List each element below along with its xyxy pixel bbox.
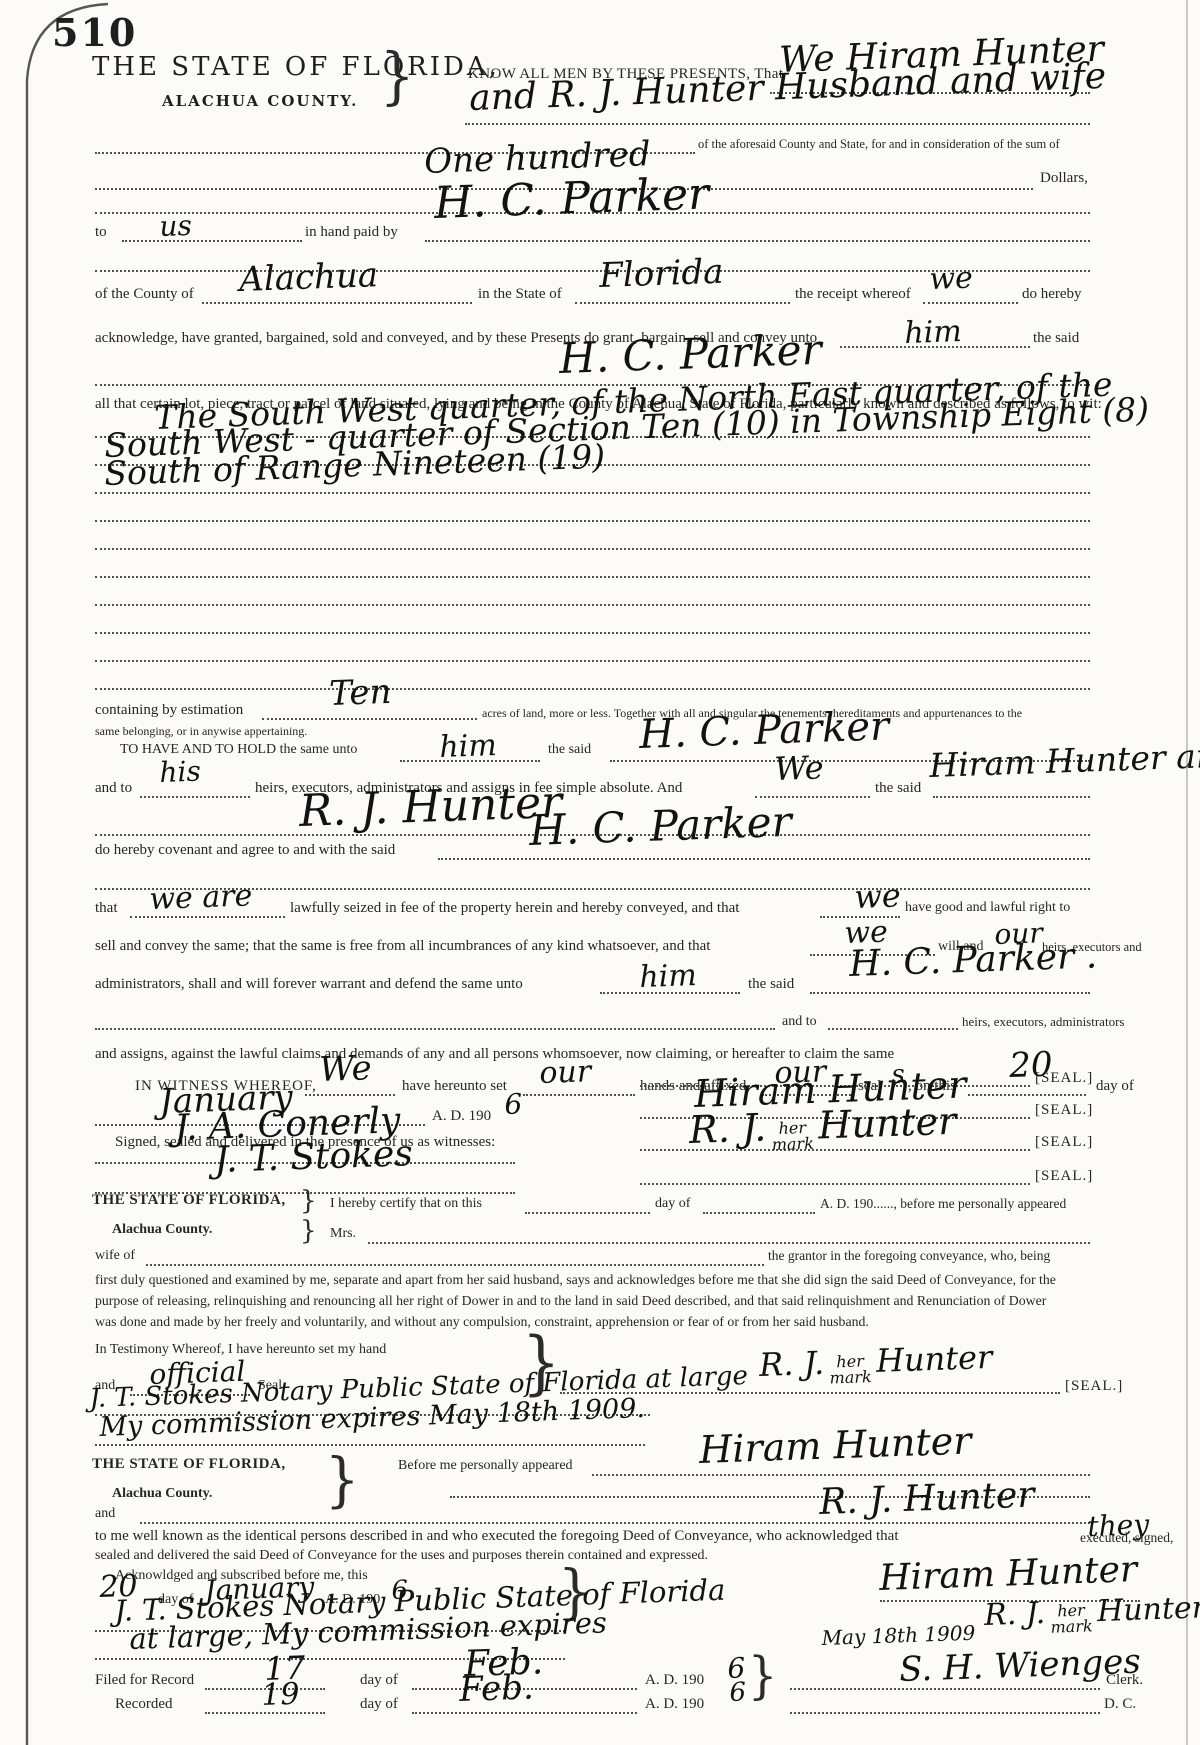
record-brace: } xyxy=(748,1645,777,1704)
wife-of-label: wife of xyxy=(95,1248,135,1264)
mark-bottom: mark xyxy=(772,1136,815,1153)
payer-handwriting: H. C. Parker xyxy=(433,168,710,229)
grantor2-signature-last: Hunter xyxy=(817,1099,956,1148)
seal-label-5: [SEAL.] xyxy=(1065,1378,1123,1395)
appeared2-handwriting: R. J. Hunter xyxy=(819,1475,1036,1523)
belonging-text: same belonging, or in anywise appertaini… xyxy=(95,724,307,739)
seal-label-2: [SEAL.] xyxy=(1035,1102,1093,1119)
dower-paragraph-2: purpose of releasing, relinquishing and … xyxy=(95,1293,1046,1309)
dotted-line xyxy=(810,992,1090,994)
dotted-line xyxy=(95,492,1090,494)
header-brace: } xyxy=(380,39,414,111)
dotted-line xyxy=(140,796,250,798)
county-of-label: of the County of xyxy=(95,286,194,303)
aforesaid-text: of the aforesaid County and State, for a… xyxy=(698,137,1060,152)
mark-bottom: mark xyxy=(829,1369,872,1386)
seized-text: lawfully seized in fee of the property h… xyxy=(290,900,739,917)
dower-brace-1: } xyxy=(300,1186,317,1216)
dower-county-title: Alachua County. xyxy=(112,1222,212,1238)
the-said-label-3: the said xyxy=(875,780,921,797)
certify-text: I hereby certify that on this xyxy=(330,1196,482,1212)
recorded-month-handwriting: Feb. xyxy=(459,1667,535,1710)
state-of-label: in the State of xyxy=(478,286,562,303)
mrs-label: Mrs. xyxy=(330,1226,356,1242)
administrators-text: administrators, shall and will forever w… xyxy=(95,976,523,993)
heirs3-text: heirs, executors, administrators xyxy=(962,1014,1124,1030)
grantor2-mark: hermark xyxy=(771,1120,814,1153)
page-right-edge xyxy=(1186,0,1188,1745)
ack-brace: } xyxy=(325,1445,359,1514)
dotted-line xyxy=(412,1712,637,1714)
dotted-line xyxy=(438,858,1090,860)
state-title: THE STATE OF FLORIDA, xyxy=(92,52,500,82)
dotted-line xyxy=(305,1094,395,1096)
ack-state-title: THE STATE OF FLORIDA, xyxy=(92,1456,286,1473)
grantee-handwriting: H. C. Parker xyxy=(558,325,822,383)
county-title: ALACHUA COUNTY. xyxy=(162,92,358,110)
dotted-line xyxy=(368,1242,1090,1244)
to-handwriting: us xyxy=(159,209,193,243)
dotted-line xyxy=(95,520,1090,522)
dotted-line xyxy=(828,1028,958,1030)
covenant-text: do hereby covenant and agree to and with… xyxy=(95,842,395,859)
dotted-line xyxy=(95,604,1090,606)
ack-county-title: Alachua County. xyxy=(112,1486,212,1502)
known-text: to me well known as the identical person… xyxy=(95,1528,899,1545)
dotted-line xyxy=(122,240,302,242)
dotted-line xyxy=(95,576,1090,578)
dower-paragraph-1: first duly questioned and examined by me… xyxy=(95,1272,1056,1288)
ack-notary3-handwriting: May 18th 1909 xyxy=(821,1621,975,1650)
we2-handwriting: we xyxy=(854,876,902,916)
day-of-label: day of xyxy=(1096,1078,1134,1095)
before-text: Before me personally appeared xyxy=(398,1458,573,1474)
him2-handwriting: him xyxy=(639,958,698,995)
year-handwriting: 6 xyxy=(504,1087,523,1121)
dotted-line xyxy=(425,240,1090,242)
grantor-line-text: the grantor in the foregoing conveyance,… xyxy=(768,1248,1050,1264)
sealed-text: sealed and delivered the said Deed of Co… xyxy=(95,1548,708,1564)
mark-bottom: mark xyxy=(1050,1618,1093,1635)
dotted-line xyxy=(968,1094,1086,1096)
dotted-line xyxy=(640,1183,1030,1185)
dotted-line xyxy=(465,123,1090,125)
dotted-line xyxy=(95,632,1090,634)
we-are-handwriting: we are xyxy=(149,878,253,917)
the-said-label-2: the said xyxy=(548,742,591,758)
his-handwriting: his xyxy=(159,755,201,789)
the-said-label-4: the said xyxy=(748,976,794,993)
grantee-handwriting-2: H. C. Parker xyxy=(638,703,889,758)
seal-label-4: [SEAL.] xyxy=(1035,1168,1093,1185)
ack-and-word: and xyxy=(95,1506,115,1522)
grantors-handwriting-3: Hiram Hunter and xyxy=(929,735,1200,785)
dotted-line xyxy=(95,1028,775,1030)
set-text: have hereunto set xyxy=(402,1078,507,1095)
ad-label: A. D. 190 xyxy=(432,1108,491,1125)
dotted-line xyxy=(790,1712,1100,1714)
appeared1-handwriting: Hiram Hunter xyxy=(698,1419,972,1472)
and-to2-label: and to xyxy=(782,1014,817,1030)
ack-sig2-mark: hermark xyxy=(1050,1602,1093,1635)
grantee-handwriting-4: H. C. Parker . xyxy=(849,935,1098,985)
recorded-day-handwriting: 19 xyxy=(261,1677,300,1713)
dower-brace-2: } xyxy=(300,1216,317,1246)
dower-state-title: THE STATE OF FLORIDA, xyxy=(92,1192,286,1209)
grantor2-signature: R. J.hermarkHunter xyxy=(688,1099,957,1156)
filed-ad-label: A. D. 190 xyxy=(645,1672,704,1689)
county-handwriting: Alachua xyxy=(239,255,379,300)
dower-mark: hermark xyxy=(829,1353,872,1386)
ack-sig2-handwriting: R. J.hermarkHunter xyxy=(984,1590,1200,1638)
good-right-text: have good and lawful right to xyxy=(905,900,1070,916)
witness2-signature: J. T. Stokes xyxy=(214,1133,414,1181)
recorded-ad-label: A. D. 190 xyxy=(645,1696,704,1713)
dower-signature: R. J.hermarkHunter xyxy=(758,1338,993,1389)
dower-signature-last: Hunter xyxy=(875,1338,992,1380)
dotted-line xyxy=(923,302,1018,304)
acres-handwriting: Ten xyxy=(329,672,392,714)
seal-label-3: [SEAL.] xyxy=(1035,1134,1093,1151)
executed-text: executed, signed, xyxy=(1080,1530,1173,1546)
grantor2-signature-first: R. J. xyxy=(688,1105,767,1152)
page-left-edge xyxy=(0,0,140,1745)
grantor2-handwriting: R. J. Hunter xyxy=(298,777,563,837)
dower-signature-first: R. J. xyxy=(758,1344,824,1384)
him-handwriting: him xyxy=(439,728,498,765)
and-to-label: and to xyxy=(95,780,132,797)
clerk-label: Clerk. xyxy=(1106,1672,1143,1689)
to-have-text: TO HAVE AND TO HOLD the same unto xyxy=(120,742,357,758)
dower-day-of: day of xyxy=(655,1196,690,1212)
ack-sig2-first: R. J. xyxy=(984,1596,1046,1633)
dotted-line xyxy=(140,1522,1090,1524)
ack-sig1-handwriting: Hiram Hunter xyxy=(879,1549,1138,1599)
dotted-line xyxy=(146,1264,764,1266)
dotted-line xyxy=(262,718,477,720)
dotted-line xyxy=(95,660,1090,662)
dc-label: D. C. xyxy=(1104,1696,1136,1713)
dotted-line xyxy=(95,1444,645,1446)
grantee-handwriting-3: H. C. Parker xyxy=(528,797,792,855)
sell-convey-text: sell and convey the same; that the same … xyxy=(95,938,710,955)
dotted-line xyxy=(202,302,472,304)
clerk-signature: S. H. Wienges xyxy=(899,1642,1142,1690)
dotted-line xyxy=(523,1094,635,1096)
unto-handwriting: him xyxy=(904,314,963,351)
dower-ad-text: A. D. 190......, before me personally ap… xyxy=(820,1196,1066,1212)
dotted-line xyxy=(525,1212,650,1214)
deed-record-page: 510 THE STATE OF FLORIDA, ALACHUA COUNTY… xyxy=(0,0,1200,1745)
state-handwriting: Florida xyxy=(599,252,724,296)
filed-label: Filed for Record xyxy=(95,1672,194,1689)
in-hand-label: in hand paid by xyxy=(305,224,398,241)
recorded-day-of: day of xyxy=(360,1696,398,1713)
receipt-handwriting: we xyxy=(929,261,974,297)
ack-sig2-last: Hunter xyxy=(1097,1590,1200,1629)
recorded-year-handwriting: 6 xyxy=(729,1677,747,1708)
dotted-line xyxy=(575,302,790,304)
we4-handwriting: We xyxy=(319,1048,373,1090)
recorded-label: Recorded xyxy=(115,1696,172,1713)
containing-label: containing by estimation xyxy=(95,702,243,719)
dotted-line xyxy=(95,688,1090,690)
dotted-line xyxy=(703,1212,815,1214)
the-said-label: the said xyxy=(1033,330,1079,347)
that-label: that xyxy=(95,900,118,917)
we-handwriting: We xyxy=(774,748,825,788)
filed-day-of: day of xyxy=(360,1672,398,1689)
do-hereby-label: do hereby xyxy=(1022,286,1082,303)
seal-label-1: [SEAL.] xyxy=(1035,1070,1093,1087)
dower-paragraph-3: was done and made by her freely and volu… xyxy=(95,1314,869,1330)
dotted-line xyxy=(790,1688,1100,1690)
dotted-line xyxy=(95,548,1090,550)
to-label: to xyxy=(95,224,107,241)
dollars-label: Dollars, xyxy=(1040,170,1088,187)
page-number: 510 xyxy=(52,10,137,55)
dotted-line xyxy=(933,796,1090,798)
receipt-label: the receipt whereof xyxy=(795,286,911,303)
our1-handwriting: our xyxy=(539,1054,592,1091)
